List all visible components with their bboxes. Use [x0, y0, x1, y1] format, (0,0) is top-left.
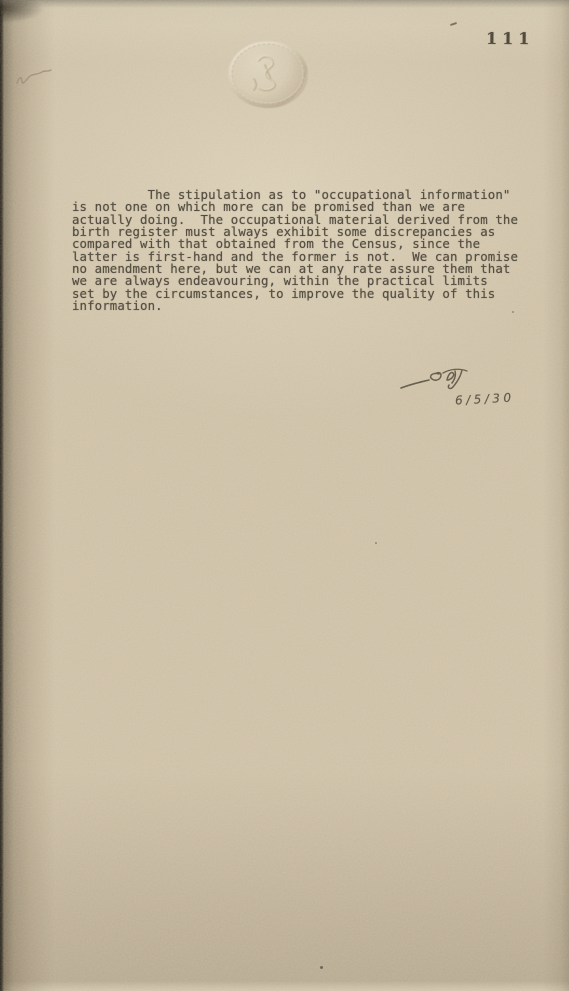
pencil-mark-icon	[14, 66, 56, 88]
paper-speck	[320, 966, 323, 969]
seal-crest-icon	[228, 41, 308, 108]
signature-icon	[398, 366, 478, 394]
paper-speck	[512, 311, 514, 313]
stray-tick-mark	[450, 22, 457, 26]
paper-speck	[375, 542, 377, 544]
handwritten-date: 6/5/30	[455, 390, 515, 407]
embossed-seal-icon	[228, 41, 308, 108]
typewritten-paragraph: The stipulation as to "occupational info…	[72, 189, 518, 312]
paper-grain-texture	[0, 0, 569, 991]
scanned-document-page: 111 The stipulation as to "occupational …	[0, 0, 569, 991]
page-number: 111	[486, 29, 535, 48]
